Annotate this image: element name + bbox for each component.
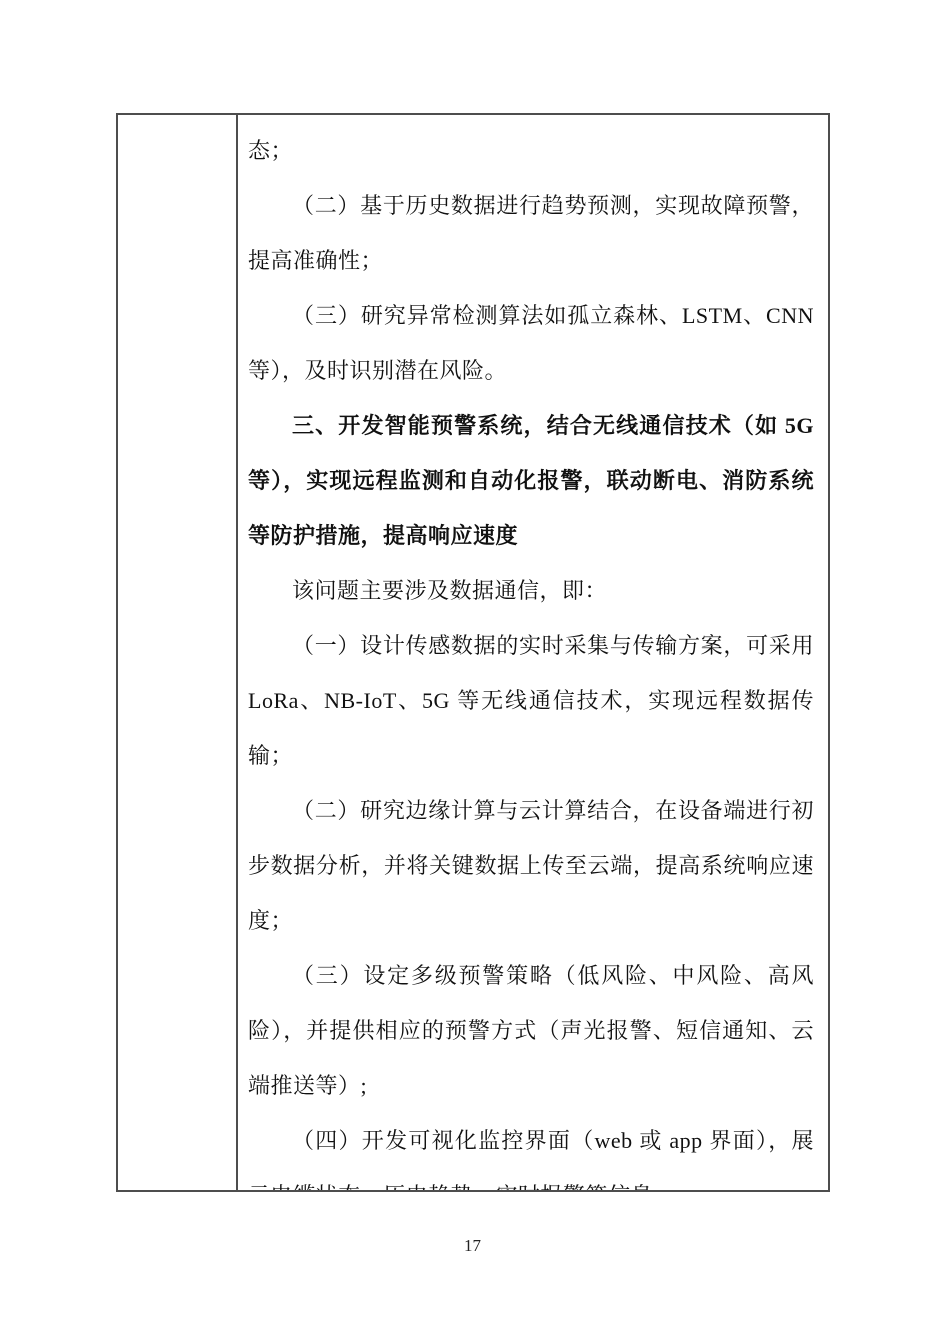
document-page: 态；（二）基于历史数据进行趋势预测，实现故障预警，提高准确性；（三）研究异常检测… — [0, 0, 945, 1336]
paragraph: （四）开发可视化监控界面（web 或 app 界面），展示电缆状态、历史趋势、实… — [248, 1113, 814, 1190]
content-table: 态；（二）基于历史数据进行趋势预测，实现故障预警，提高准确性；（三）研究异常检测… — [116, 113, 830, 1192]
paragraph: （二）研究边缘计算与云计算结合，在设备端进行初步数据分析，并将关键数据上传至云端… — [248, 783, 814, 948]
table-left-cell — [118, 115, 238, 1190]
paragraph: （二）基于历史数据进行趋势预测，实现故障预警，提高准确性； — [248, 178, 814, 288]
paragraph: （三）设定多级预警策略（低风险、中风险、高风险），并提供相应的预警方式（声光报警… — [248, 948, 814, 1113]
paragraph: （三）研究异常检测算法如孤立森林、LSTM、CNN 等），及时识别潜在风险。 — [248, 288, 814, 398]
paragraph: 三、开发智能预警系统，结合无线通信技术（如 5G 等），实现远程监测和自动化报警… — [248, 398, 814, 563]
paragraph: 态； — [248, 123, 814, 178]
paragraph: 该问题主要涉及数据通信，即： — [248, 563, 814, 618]
paragraph: （一）设计传感数据的实时采集与传输方案，可采用 LoRa、NB-IoT、5G 等… — [248, 618, 814, 783]
page-number: 17 — [0, 1236, 945, 1256]
table-content-cell: 态；（二）基于历史数据进行趋势预测，实现故障预警，提高准确性；（三）研究异常检测… — [238, 115, 828, 1190]
